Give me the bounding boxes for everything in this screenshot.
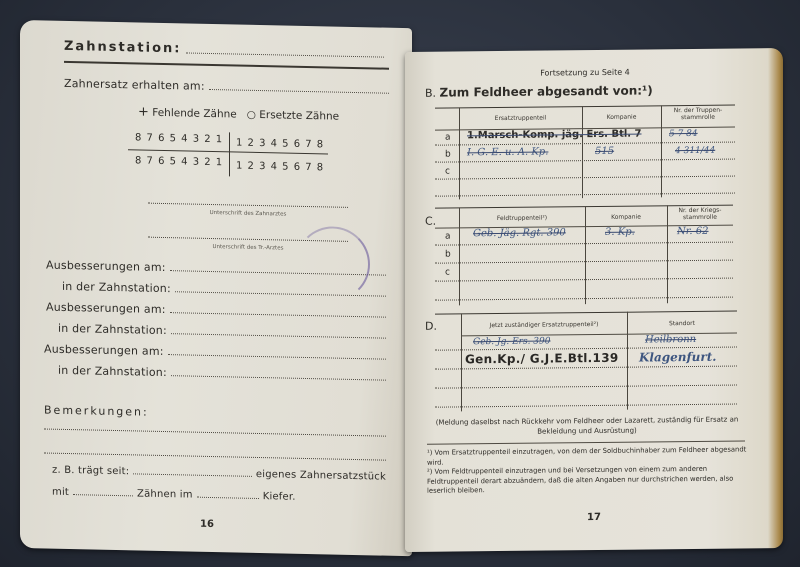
teeth-count-field[interactable] bbox=[73, 494, 133, 496]
c-a-number: Nr. 62 bbox=[677, 226, 709, 237]
b-a-unit: 1.Marsch-Komp. jäg. Ers. Btl. 7 bbox=[467, 129, 642, 142]
row-letter-c: c bbox=[445, 167, 450, 177]
header-replacement-unit: Ersatztruppenteil bbox=[459, 114, 582, 122]
tooth-chart: 8 7 6 5 4 3 2 1 1 2 3 4 5 6 7 8 8 7 6 5 … bbox=[20, 20, 412, 28]
official-stamp bbox=[296, 226, 370, 302]
row-letter-a: a bbox=[445, 133, 451, 143]
dentist-signature-line[interactable] bbox=[148, 203, 348, 208]
lower-right-teeth: 1 2 3 4 5 6 7 8 bbox=[236, 161, 324, 174]
circle-icon: ○ bbox=[247, 109, 256, 121]
d-old-location: Heilbronn bbox=[645, 334, 696, 346]
repair-station-field[interactable] bbox=[171, 375, 386, 381]
dental-station-title: Zahnstation: bbox=[64, 39, 182, 56]
continuation-heading: Fortsetzung zu Seite 4 bbox=[405, 66, 765, 79]
jaw-divider bbox=[128, 149, 328, 154]
page-number-16: 16 bbox=[200, 519, 214, 530]
page-number-17: 17 bbox=[587, 512, 601, 523]
repair-station-label: in der Zahnstation: bbox=[62, 280, 171, 295]
repair-station-row-3: in der Zahnstation: bbox=[58, 364, 386, 384]
replaced-teeth-label: Ersetzte Zähne bbox=[259, 109, 339, 123]
row-letter-c: c bbox=[445, 268, 450, 278]
row-letter-b: b bbox=[445, 250, 451, 260]
own-denture-label: eigenes Zahnersatzstück bbox=[256, 469, 386, 483]
repair-station-label: in der Zahnstation: bbox=[58, 322, 167, 337]
d-current-unit-stamp: Gen.Kp./ G.J.E.Btl.139 bbox=[465, 351, 619, 367]
section-b-heading: B. Zum Feldheer abgesandt von:¹) bbox=[425, 83, 653, 99]
teeth-in-label: Zähnen im bbox=[137, 488, 193, 500]
upper-left-teeth: 8 7 6 5 4 3 2 1 bbox=[135, 132, 223, 145]
d-old-unit: Geb. Jg. Ers. 390 bbox=[473, 336, 550, 347]
section-d-table: D. Jetzt zuständiger Ersatztruppenteil²)… bbox=[405, 48, 783, 52]
repair-date-row-2: Ausbesserungen am: bbox=[46, 301, 386, 321]
header-current-unit: Jetzt zuständiger Ersatztruppenteil²) bbox=[461, 321, 627, 330]
header-location: Standort bbox=[627, 320, 737, 328]
c-a-company: 3. Kp. bbox=[605, 227, 635, 238]
footnote-2: ²) Vom Feldtruppenteil einzutragen und b… bbox=[427, 464, 749, 496]
header-war-roll-number: Nr. der Kriegs-stammrolle bbox=[667, 207, 733, 222]
repair-date-label: Ausbesserungen am: bbox=[46, 301, 166, 317]
repair-date-field[interactable] bbox=[170, 312, 386, 318]
plus-icon: + bbox=[138, 104, 149, 119]
remarks-line-2[interactable] bbox=[44, 453, 386, 461]
repair-date-row-3: Ausbesserungen am: bbox=[44, 343, 386, 363]
dental-station-row: Zahnstation: bbox=[64, 39, 384, 61]
lower-left-teeth: 8 7 6 5 4 3 2 1 bbox=[135, 155, 223, 168]
denture-since-row: z. B. trägt seit: eigenes Zahnersatzstüc… bbox=[52, 465, 386, 483]
missing-teeth-label: Fehlende Zähne bbox=[152, 107, 236, 121]
title-underline bbox=[64, 61, 389, 70]
jaw-field[interactable] bbox=[197, 497, 259, 499]
section-b-letter: B. bbox=[425, 87, 436, 100]
b-b-number: 4 311/44 bbox=[675, 146, 715, 156]
dentist-signature-caption: Unterschrift des Zahnarztes bbox=[148, 209, 348, 219]
with-label: mit bbox=[52, 487, 69, 498]
denture-received-field[interactable] bbox=[209, 89, 389, 94]
right-page: Fortsetzung zu Seite 4 B. Zum Feldheer a… bbox=[405, 48, 783, 552]
b-b-company: 515 bbox=[595, 146, 614, 157]
repair-station-field[interactable] bbox=[171, 333, 386, 339]
wears-since-label: z. B. trägt seit: bbox=[52, 465, 129, 478]
section-b-title: Zum Feldheer abgesandt von:¹) bbox=[440, 83, 653, 99]
d-current-location: Klagenfurt. bbox=[639, 350, 716, 365]
remarks-label: Bemerkungen: bbox=[44, 404, 149, 419]
repair-date-field[interactable] bbox=[168, 354, 386, 360]
jaw-label: Kiefer. bbox=[263, 491, 296, 503]
section-c-letter: C. bbox=[425, 215, 436, 228]
footnote-divider bbox=[427, 440, 745, 444]
header-roll-number: Nr. der Truppen-stammrolle bbox=[661, 107, 735, 122]
row-letter-a: a bbox=[445, 232, 451, 242]
section-d-note: (Meldung daselbst nach Rückkehr vom Feld… bbox=[431, 414, 743, 437]
midline-divider bbox=[229, 132, 230, 176]
section-c-table: C. Feldtruppenteil²) Kompanie Nr. der Kr… bbox=[405, 48, 783, 52]
header-company: Kompanie bbox=[582, 113, 661, 121]
header-company: Kompanie bbox=[585, 213, 667, 221]
c-a-unit: Geb. Jäg. Rgt. 390 bbox=[473, 227, 566, 239]
denture-received-row: Zahnersatz erhalten am: bbox=[64, 77, 389, 97]
section-b-table: Ersatztruppenteil Kompanie Nr. der Trupp… bbox=[405, 48, 783, 52]
b-a-number: 5 7 84 bbox=[669, 129, 698, 139]
repair-station-label: in der Zahnstation: bbox=[58, 364, 167, 379]
footnotes: ¹) Vom Ersatztruppenteil einzutragen, vo… bbox=[427, 445, 749, 496]
wears-since-field[interactable] bbox=[133, 473, 252, 476]
left-page: Zahnstation: Zahnersatz erhalten am: + F… bbox=[20, 20, 412, 556]
repair-date-label: Ausbesserungen am: bbox=[46, 259, 166, 275]
section-d-letter: D. bbox=[425, 320, 437, 333]
b-b-unit: I. G. E. u. A. Kp. bbox=[467, 146, 548, 158]
row-letter-b: b bbox=[445, 150, 451, 160]
denture-received-label: Zahnersatz erhalten am: bbox=[64, 77, 205, 93]
tooth-legend: + Fehlende Zähne ○ Ersetzte Zähne bbox=[138, 104, 339, 123]
repair-date-label: Ausbesserungen am: bbox=[44, 343, 164, 359]
dental-station-field[interactable] bbox=[186, 52, 385, 57]
remarks-line-1[interactable] bbox=[44, 429, 386, 437]
repair-station-row-2: in der Zahnstation: bbox=[58, 322, 386, 342]
upper-right-teeth: 1 2 3 4 5 6 7 8 bbox=[236, 138, 324, 151]
header-field-unit: Feldtruppenteil²) bbox=[459, 214, 585, 222]
teeth-count-row: mit Zähnen im Kiefer. bbox=[52, 487, 302, 503]
